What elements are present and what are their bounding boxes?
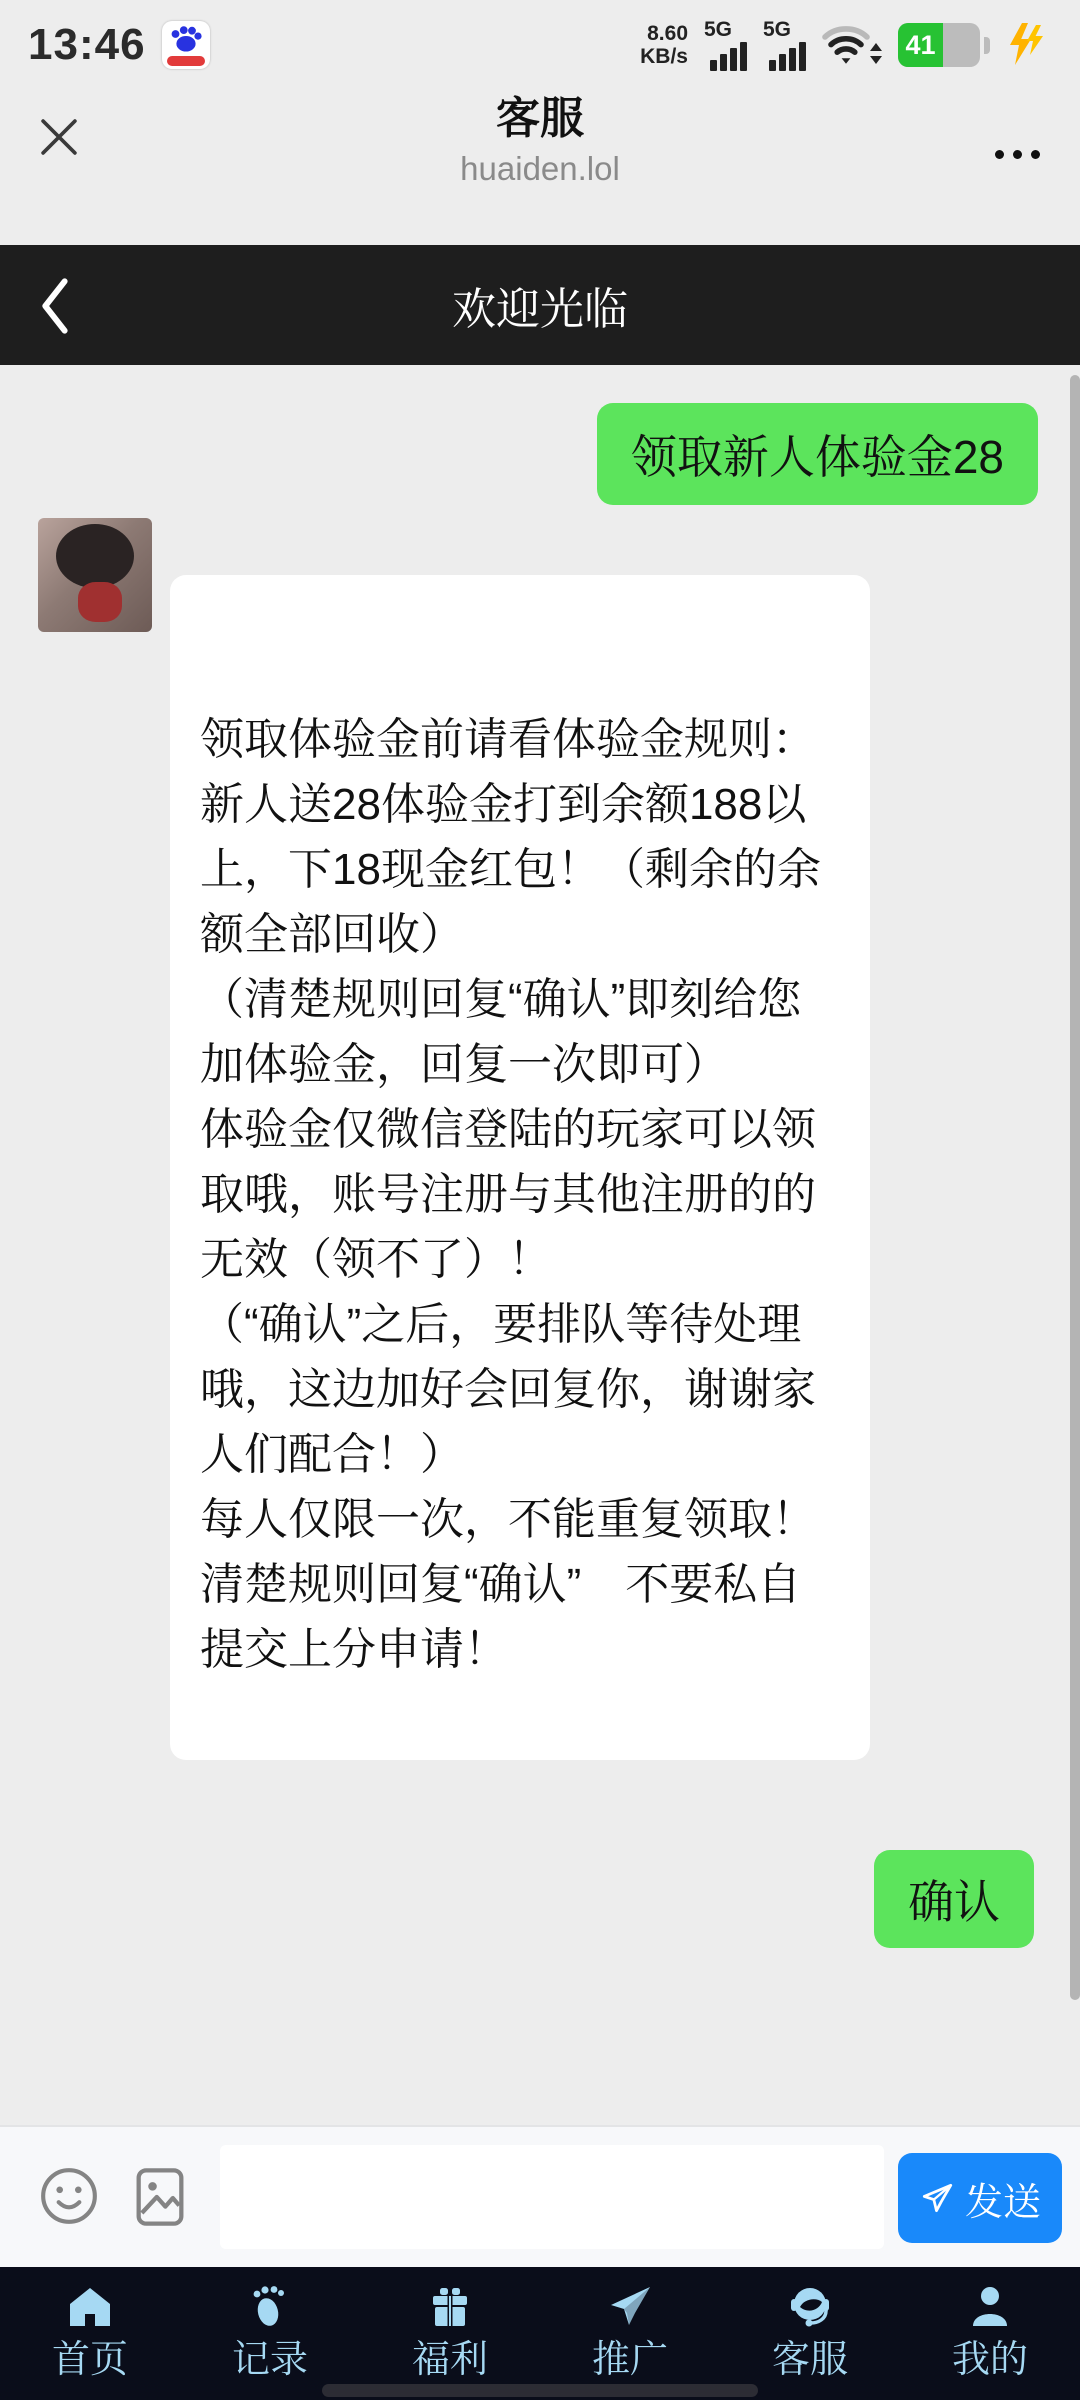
emoji-icon[interactable] [38, 2165, 100, 2227]
page-title: 客服 [0, 92, 1080, 146]
status-bar: 13:46 8.60 KB/s 5G 5G [0, 0, 1080, 90]
battery-nub [984, 37, 990, 54]
tab-records[interactable]: 记录 [180, 2267, 360, 2400]
paper-plane-icon [605, 2283, 655, 2331]
paw-glyph [168, 23, 204, 57]
home-icon [65, 2283, 115, 2331]
chat-message-list: 领取新人体验金28 领取体验金前请看体验金规则： 新人送28体验金打到余额188… [0, 365, 1080, 2125]
chat-title: 欢迎光临 [0, 245, 1080, 365]
wifi-icon [820, 19, 884, 71]
signal-bars-icon [769, 42, 806, 71]
sim1-signal: 5G [702, 20, 747, 71]
send-button[interactable]: 发送 [898, 2153, 1062, 2243]
sim2-signal: 5G [761, 20, 806, 71]
baidu-app-icon [162, 21, 210, 69]
send-button-label: 发送 [965, 2171, 1041, 2226]
sent-message-bubble: 确认 [874, 1850, 1034, 1948]
tab-profile[interactable]: 我的 [900, 2267, 1080, 2400]
more-menu-icon[interactable] [995, 150, 1040, 159]
tab-support[interactable]: 客服 [720, 2267, 900, 2400]
battery-fill: 41 [898, 23, 943, 67]
page-domain: huaiden.lol [0, 150, 1080, 188]
chat-nav-bar: 欢迎光临 [0, 245, 1080, 365]
send-plane-icon [919, 2180, 955, 2216]
image-upload-icon[interactable] [128, 2165, 192, 2229]
signal-bars-icon [710, 42, 747, 71]
tab-welfare[interactable]: 福利 [360, 2267, 540, 2400]
charging-bolt-icon [1004, 21, 1052, 69]
scrollbar[interactable] [1070, 375, 1080, 2000]
clock: 13:46 [28, 20, 146, 70]
gift-icon [425, 2283, 475, 2331]
browser-header: 客服 huaiden.lol [0, 90, 1080, 245]
tab-home[interactable]: 首页 [0, 2267, 180, 2400]
bottom-tab-bar: 首页 记录 福利 推广 [0, 2267, 1080, 2400]
message-input[interactable] [220, 2145, 884, 2249]
network-speed: 8.60 KB/s [640, 22, 688, 68]
home-indicator[interactable] [322, 2384, 758, 2397]
avatar [38, 518, 152, 632]
headset-icon [785, 2283, 835, 2331]
phone-screen: 13:46 8.60 KB/s 5G 5G [0, 0, 1080, 2400]
received-message-bubble: 领取体验金前请看体验金规则： 新人送28体验金打到余额188以 上，下18现金红… [170, 575, 870, 1760]
tab-promotion[interactable]: 推广 [540, 2267, 720, 2400]
baidu-app-banner [167, 56, 205, 66]
sent-message-bubble: 领取新人体验金28 [597, 403, 1038, 505]
message-composer: 发送 [0, 2125, 1080, 2267]
footprint-icon [245, 2283, 295, 2331]
person-icon [965, 2283, 1015, 2331]
battery-indicator: 41 [898, 23, 980, 67]
